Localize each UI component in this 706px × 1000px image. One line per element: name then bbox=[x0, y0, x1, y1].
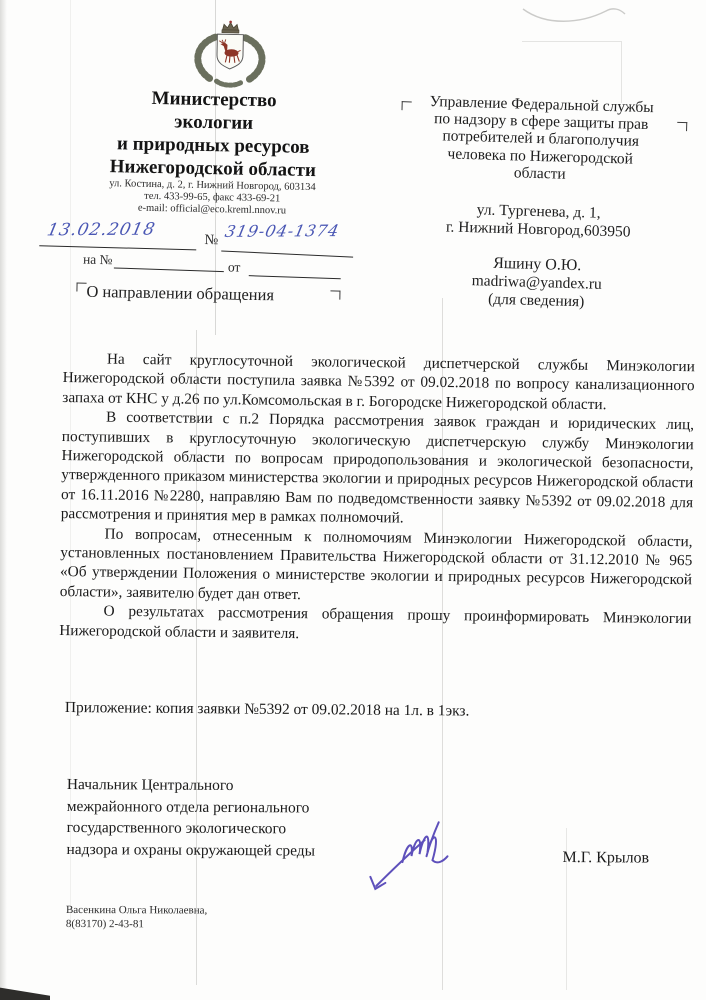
recipient-organization: Управление Федеральной службы по надзору… bbox=[394, 92, 688, 186]
letterhead: Министерство экологии и природных ресурс… bbox=[0, 0, 370, 337]
ministry-contacts: ул. Костина, д. 2, г. Нижний Новгород, 6… bbox=[72, 177, 353, 218]
attachment-line: Приложение: копия заявки №5392 от 09.02.… bbox=[65, 699, 685, 722]
scan-ghost-line bbox=[621, 41, 622, 103]
signer-name: М.Г. Крылов bbox=[562, 849, 649, 868]
number-sign-label: № bbox=[204, 232, 218, 249]
corner-mark-recipient-left bbox=[401, 101, 411, 110]
scanned-letter-page: Министерство экологии и природных ресурс… bbox=[0, 0, 706, 1000]
corner-mark-recipient-right bbox=[677, 122, 687, 131]
signer-position-line: Начальник Центрального bbox=[67, 774, 427, 798]
handwritten-outgoing-number: 319-04-1374 bbox=[223, 221, 341, 241]
handwritten-signature-icon bbox=[366, 814, 476, 895]
scanner-bed-corner bbox=[0, 986, 50, 1000]
recipient-address: ул. Тургенева, д. 1, г. Нижний Новгород,… bbox=[392, 199, 685, 242]
handwritten-date: 13.02.2018 bbox=[45, 220, 157, 241]
date-underline bbox=[39, 245, 196, 250]
body-paragraph: На сайт круглосуточной экологической дис… bbox=[62, 349, 695, 415]
reply-from-underline bbox=[249, 275, 341, 279]
ministry-name: Министерство экологии и природных ресурс… bbox=[89, 86, 339, 183]
number-underline bbox=[221, 250, 353, 257]
letter-body: На сайт круглосуточной экологической дис… bbox=[59, 349, 695, 648]
body-paragraph: О результатах рассмотрения обращения про… bbox=[59, 601, 691, 648]
subject-line: О направлении обращения bbox=[86, 282, 274, 306]
body-paragraph: По вопросам, отнесенным к полномочиям Ми… bbox=[60, 524, 693, 610]
coat-of-arms-icon bbox=[183, 17, 276, 91]
corner-mark-subject-right bbox=[330, 290, 340, 299]
corner-mark-subject-left bbox=[76, 283, 86, 292]
signature-block: Начальник Центрального межрайонного отде… bbox=[66, 774, 697, 898]
executor-name: Васенкина Ольга Николаевна, bbox=[66, 903, 207, 917]
scan-ghost-line bbox=[522, 41, 622, 42]
executor-phone: 8(83170) 2-43-81 bbox=[66, 917, 207, 931]
reply-to-underline bbox=[114, 267, 224, 272]
body-paragraph: В соответствии с п.2 Порядка рассмотрени… bbox=[61, 407, 694, 532]
pencil-squiggle-mark bbox=[518, 2, 630, 28]
recipient-block: Управление Федеральной службы по надзору… bbox=[390, 92, 688, 314]
executor-info: Васенкина Ольга Николаевна, 8(83170) 2-4… bbox=[66, 903, 207, 931]
reply-to-label: на № bbox=[83, 252, 113, 269]
reply-from-label: от bbox=[228, 259, 241, 275]
